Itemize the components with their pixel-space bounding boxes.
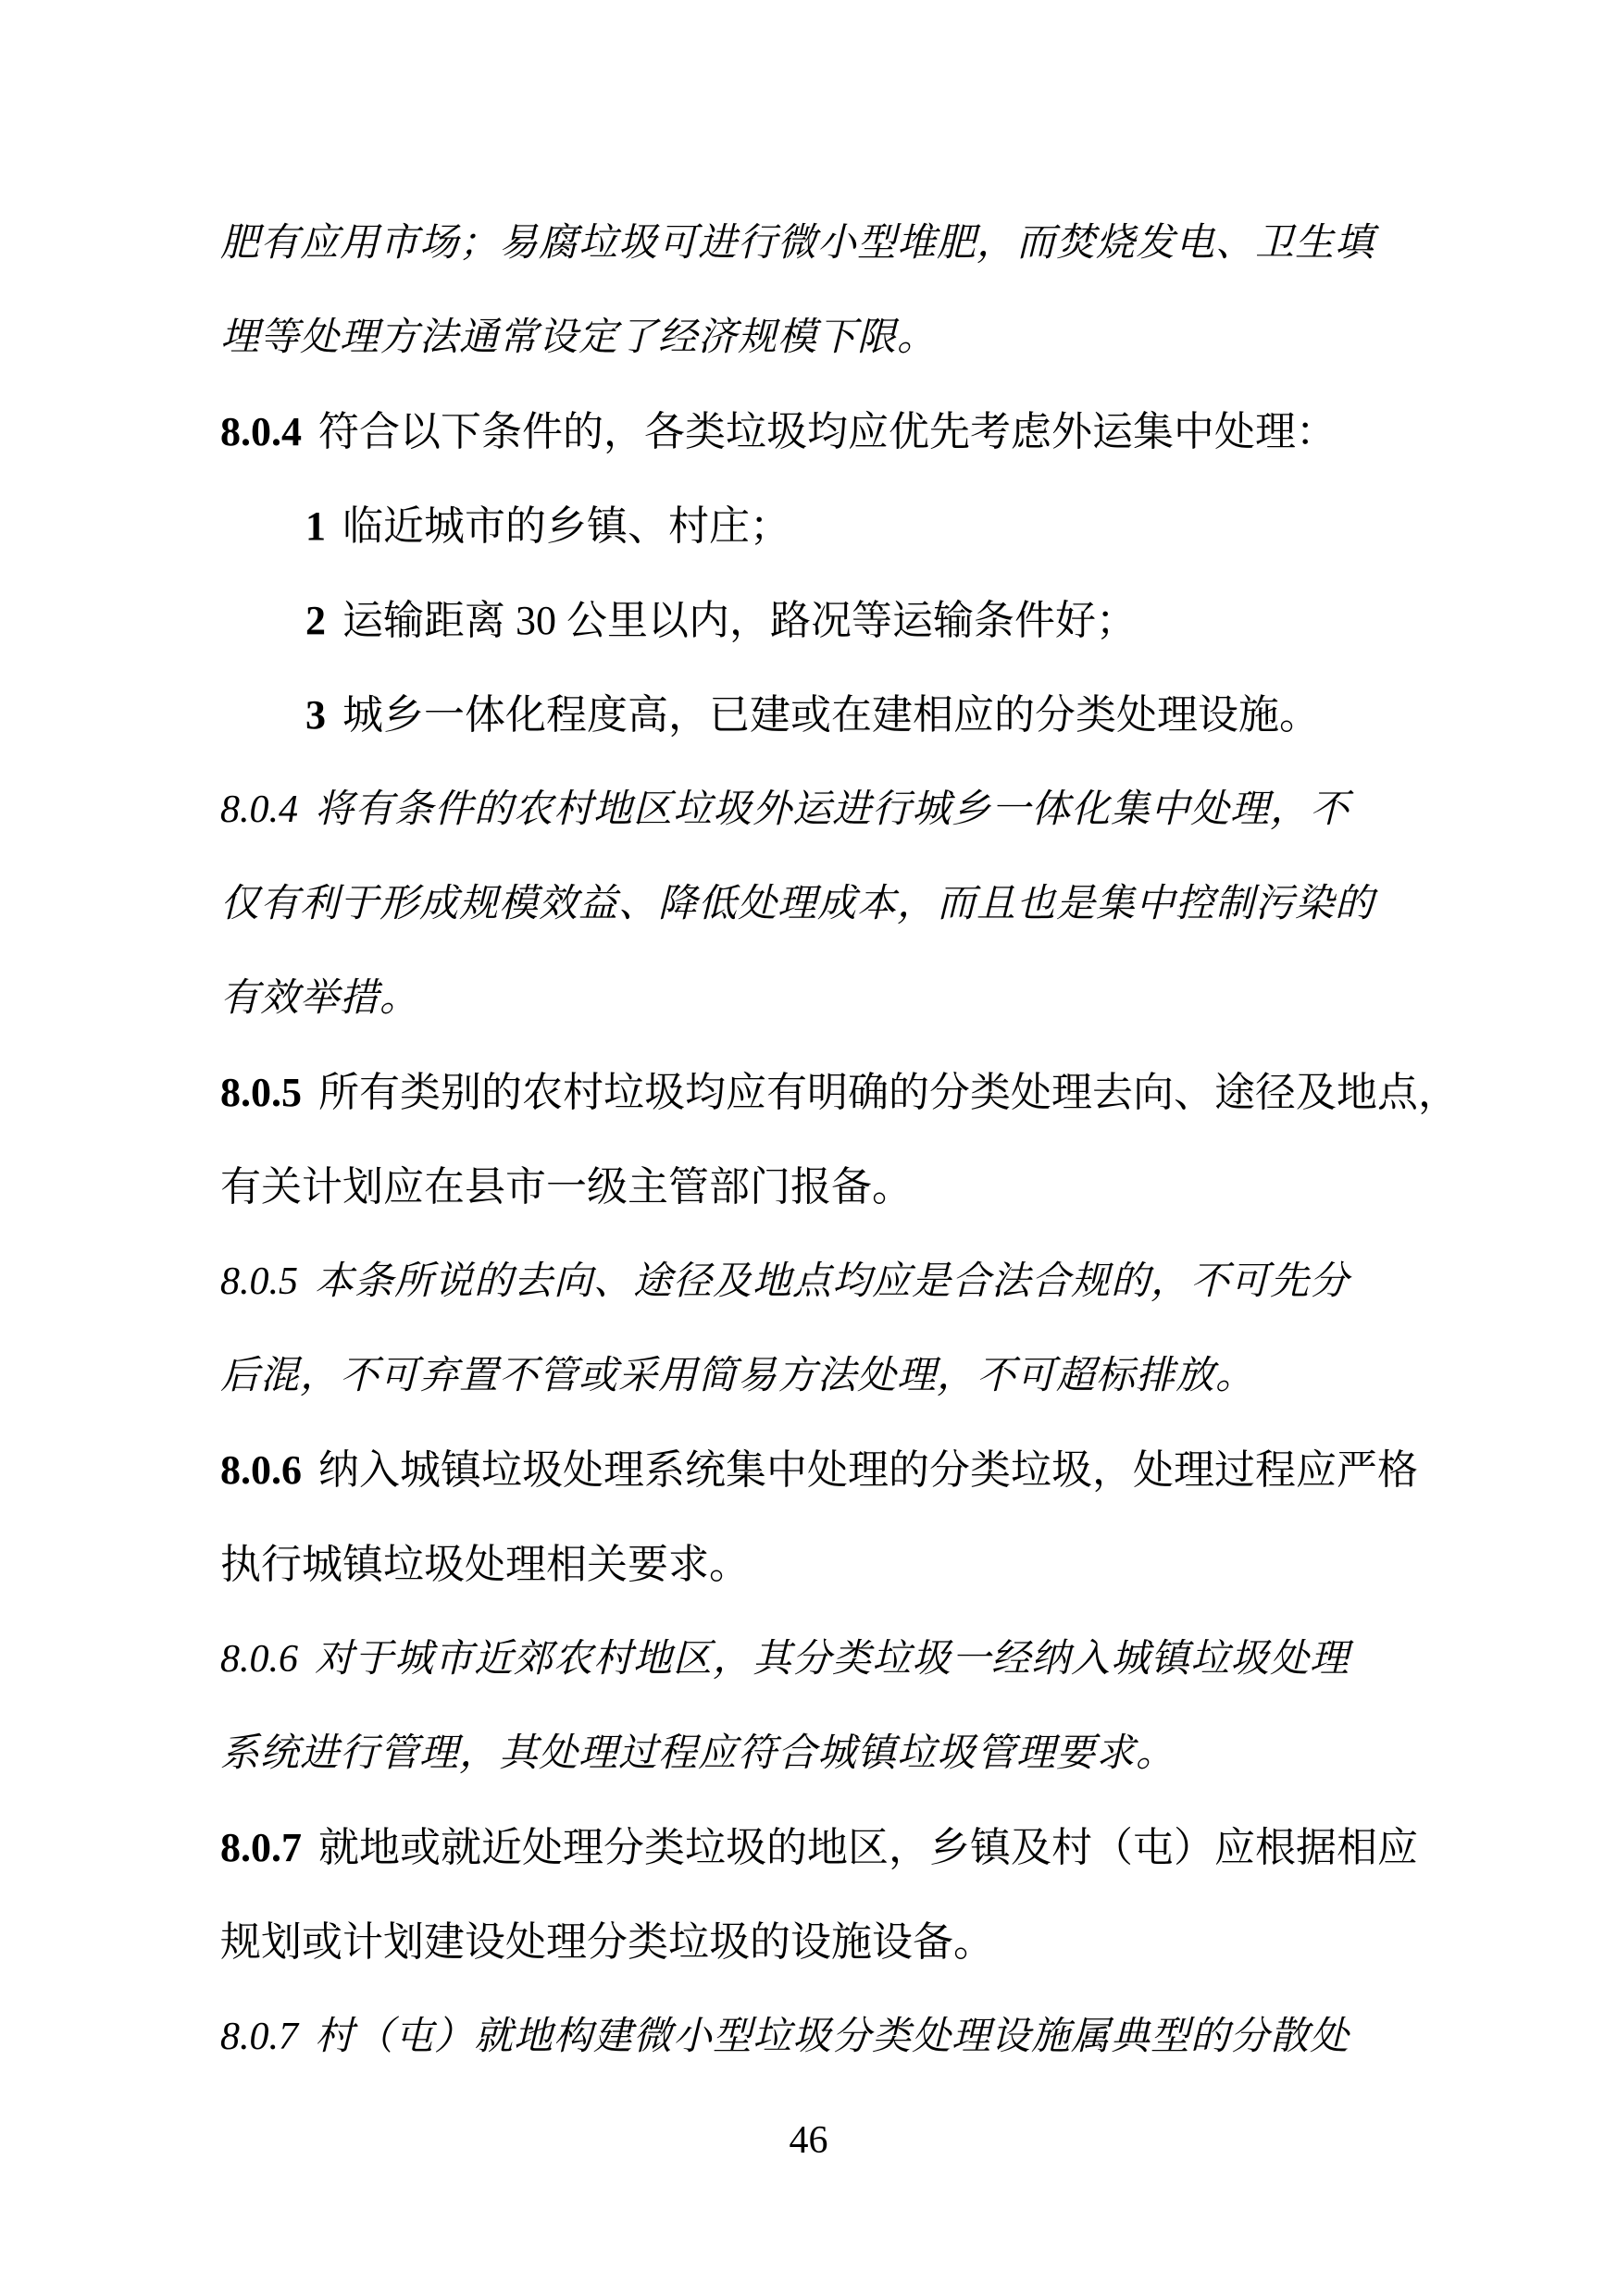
commentary-line: 后混，不可弃置不管或采用简易方法处理，不可超标排放。 xyxy=(220,1329,1424,1423)
clause-line: 8.0.7就地或就近处理分类垃圾的地区，乡镇及村（屯）应根据相应 xyxy=(220,1801,1424,1895)
clause-line: 8.0.6纳入城镇垃圾处理系统集中处理的分类垃圾，处理过程应严格 xyxy=(220,1423,1424,1518)
line-text: 符合以下条件的，各类垃圾均应优先考虑外运集中处理： xyxy=(318,409,1337,454)
continuation-line: 有关计划应在县市一级主管部门报备。 xyxy=(220,1140,1424,1235)
commentary-line: 8.0.4将有条件的农村地区垃圾外运进行城乡一体化集中处理，不 xyxy=(220,763,1424,857)
clause-number: 8.0.4 xyxy=(220,788,298,831)
item-number: 2 xyxy=(305,598,326,643)
line-text: 有关计划应在县市一级主管部门报备。 xyxy=(220,1164,913,1210)
clause-line: 8.0.4符合以下条件的，各类垃圾均应优先考虑外运集中处理： xyxy=(220,385,1424,479)
commentary-line: 8.0.7村（屯）就地构建微小型垃圾分类处理设施属典型的分散处 xyxy=(220,1990,1424,2084)
line-text: 就地或就近处理分类垃圾的地区，乡镇及村（屯）应根据相应 xyxy=(318,1825,1418,1870)
line-text: 执行城镇垃圾处理相关要求。 xyxy=(220,1542,750,1587)
line-text: 纳入城镇垃圾处理系统集中处理的分类垃圾，处理过程应严格 xyxy=(318,1447,1418,1493)
sub-item-line: 1临近城市的乡镇、村庄； xyxy=(220,479,1424,574)
line-text: 城乡一体化程度高，已建或在建相应的分类处理设施。 xyxy=(342,692,1320,738)
clause-line: 8.0.5所有类别的农村垃圾均应有明确的分类处理去向、途径及地点， xyxy=(220,1046,1424,1140)
clause-number: 8.0.6 xyxy=(220,1638,298,1681)
clause-number: 8.0.6 xyxy=(220,1447,302,1493)
line-text: 仅有利于形成规模效益、降低处理成本，而且也是集中控制污染的 xyxy=(220,883,1374,925)
sub-item-line: 2运输距离 30 公里以内，路况等运输条件好； xyxy=(220,574,1424,668)
clause-number: 8.0.5 xyxy=(220,1260,298,1303)
line-text: 肥有应用市场；易腐垃圾可进行微小型堆肥，而焚烧发电、卫生填 xyxy=(220,222,1374,265)
clause-number: 8.0.7 xyxy=(220,1825,302,1870)
line-text: 将有条件的农村地区垃圾外运进行城乡一体化集中处理，不 xyxy=(315,788,1350,831)
continuation-line: 执行城镇垃圾处理相关要求。 xyxy=(220,1518,1424,1612)
line-text: 对于城市近郊农村地区，其分类垃圾一经纳入城镇垃圾处理 xyxy=(315,1638,1350,1681)
line-text: 有效举措。 xyxy=(220,977,419,1020)
item-number: 3 xyxy=(305,692,326,738)
commentary-line: 埋等处理方法通常设定了经济规模下限。 xyxy=(220,291,1424,385)
line-text: 后混，不可弃置不管或采用简易方法处理，不可超标排放。 xyxy=(220,1355,1255,1397)
line-text: 村（屯）就地构建微小型垃圾分类处理设施属典型的分散处 xyxy=(315,2016,1350,2058)
line-text: 系统进行管理，其处理过程应符合城镇垃圾管理要求。 xyxy=(220,1732,1175,1775)
item-number: 1 xyxy=(305,503,326,549)
line-text: 规划或计划建设处理分类垃圾的设施设备。 xyxy=(220,1919,994,1965)
line-text: 埋等处理方法通常设定了经济规模下限。 xyxy=(220,316,937,359)
line-text: 本条所说的去向、途径及地点均应是合法合规的，不可先分 xyxy=(315,1260,1350,1303)
commentary-line: 8.0.6对于城市近郊农村地区，其分类垃圾一经纳入城镇垃圾处理 xyxy=(220,1612,1424,1706)
page-number: 46 xyxy=(0,2117,1617,2164)
commentary-line: 仅有利于形成规模效益、降低处理成本，而且也是集中控制污染的 xyxy=(220,857,1424,951)
document-body: 肥有应用市场；易腐垃圾可进行微小型堆肥，而焚烧发电、卫生填 埋等处理方法通常设定… xyxy=(220,196,1424,2084)
commentary-line: 系统进行管理，其处理过程应符合城镇垃圾管理要求。 xyxy=(220,1706,1424,1801)
line-text: 临近城市的乡镇、村庄； xyxy=(342,503,790,549)
clause-number: 8.0.5 xyxy=(220,1070,302,1115)
clause-number: 8.0.4 xyxy=(220,409,302,454)
line-text: 运输距离 30 公里以内，路况等运输条件好； xyxy=(342,598,1137,643)
clause-number: 8.0.7 xyxy=(220,2016,298,2058)
line-text: 所有类别的农村垃圾均应有明确的分类处理去向、途径及地点， xyxy=(318,1070,1459,1115)
commentary-line: 有效举措。 xyxy=(220,951,1424,1046)
continuation-line: 规划或计划建设处理分类垃圾的设施设备。 xyxy=(220,1895,1424,1990)
sub-item-line: 3城乡一体化程度高，已建或在建相应的分类处理设施。 xyxy=(220,668,1424,763)
document-page: 肥有应用市场；易腐垃圾可进行微小型堆肥，而焚烧发电、卫生填 埋等处理方法通常设定… xyxy=(0,0,1617,2296)
commentary-line: 8.0.5本条所说的去向、途径及地点均应是合法合规的，不可先分 xyxy=(220,1235,1424,1329)
commentary-line: 肥有应用市场；易腐垃圾可进行微小型堆肥，而焚烧发电、卫生填 xyxy=(220,196,1424,291)
